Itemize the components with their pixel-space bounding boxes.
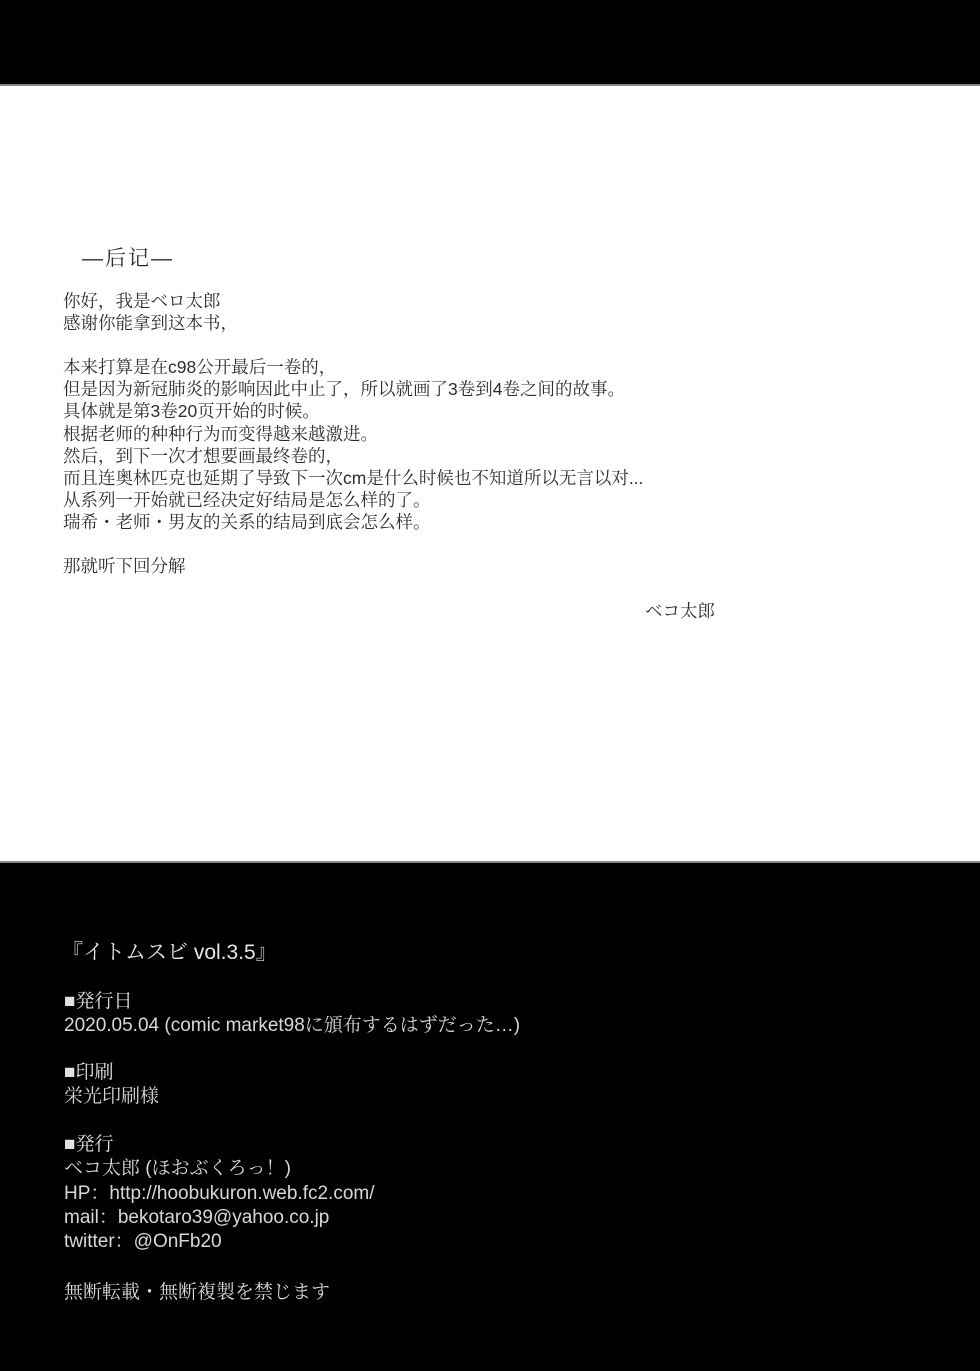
afterword-signature: ベコ太郎 — [645, 598, 715, 623]
colophon-line-mail: mail：bekotaro39@yahoo.co.jp — [64, 1206, 375, 1230]
afterword-line: 感谢你能拿到这本书， — [63, 312, 643, 334]
colophon-heading: ■印刷 — [64, 1061, 159, 1085]
colophon-block-printing: ■印刷 栄光印刷様 — [64, 1061, 159, 1110]
afterword-line: 但是因为新冠肺炎的影响因此中止了，所以就画了3卷到4卷之间的故事。 — [63, 378, 643, 400]
afterword-body: 你好，我是ベロ太郎 感谢你能拿到这本书， 本来打算是在c98公开最后一卷的， 但… — [63, 290, 643, 577]
colophon-heading: ■発行日 — [64, 990, 520, 1014]
afterword-line: 根据老师的种种行为而变得越来越激进。 — [63, 423, 643, 445]
afterword-line: 而且连奥林匹克也延期了导致下一次cm是什么时候也不知道所以无言以对... — [63, 467, 643, 489]
colophon-line-twitter: twitter：@OnFb20 — [64, 1230, 375, 1254]
colophon-line-homepage: HP：http://hoobukuron.web.fc2.com/ — [64, 1182, 375, 1206]
afterword-title: —后记— — [82, 242, 174, 272]
afterword-line-blank — [63, 334, 643, 356]
afterword-line-blank — [63, 533, 643, 555]
colophon-block-publication-date: ■発行日 2020.05.04 (comic market98に頒布するはずだっ… — [64, 990, 520, 1039]
colophon-heading: ■発行 — [64, 1133, 375, 1157]
afterword-line: 本来打算是在c98公开最后一卷的， — [63, 356, 643, 378]
colophon-block-publisher: ■発行 ベコ太郎 (ほおぶくろっ！) HP：http://hoobukuron.… — [64, 1133, 375, 1254]
scanned-afterword-page: —后记— 你好，我是ベロ太郎 感谢你能拿到这本书， 本来打算是在c98公开最后一… — [0, 0, 980, 1371]
colophon-line: ベコ太郎 (ほおぶくろっ！) — [64, 1157, 375, 1181]
afterword-line: 从系列一开始就已经决定好结局是怎么样的了。 — [63, 489, 643, 511]
afterword-line: 具体就是第3卷20页开始的时候。 — [63, 400, 643, 422]
afterword-line: 那就听下回分解 — [63, 555, 643, 577]
afterword-line: 然后，到下一次才想要画最终卷的， — [63, 445, 643, 467]
copyright-notice: 無断転載・無断複製を禁じます — [64, 1277, 330, 1304]
afterword-line: 你好，我是ベロ太郎 — [63, 290, 643, 312]
colophon-line: 2020.05.04 (comic market98に頒布するはずだった…) — [64, 1014, 520, 1038]
afterword-line: 瑞希・老师・男友的关系的结局到底会怎么样。 — [63, 511, 643, 533]
book-title: 『イトムスビ vol.3.5』 — [62, 936, 277, 966]
top-black-bar — [0, 0, 980, 86]
colophon-line: 栄光印刷様 — [64, 1085, 159, 1109]
